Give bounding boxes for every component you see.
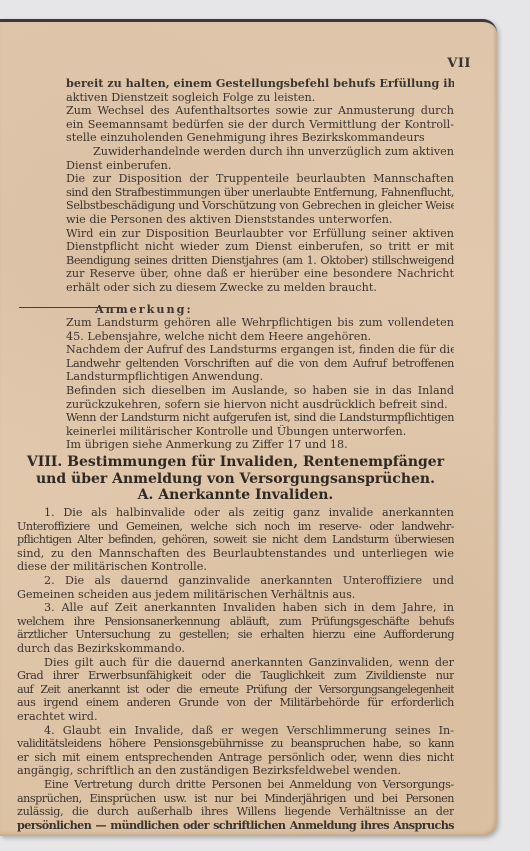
text-line: erhält oder sich zu diesem Zwecke zu mel… <box>66 281 454 295</box>
section-subheading: A. Anerkannte Invaliden. <box>17 487 454 504</box>
text-line: zurückzukehren, sofern sie hiervon nicht… <box>66 398 454 412</box>
remark-note: 1.Zum Landsturm gehören alle Wehrpflicht… <box>17 316 454 343</box>
continuation-text: bereit zu halten, einem Gestellungsbefeh… <box>17 77 454 104</box>
text-line: diese der militärischen Kontrolle. <box>17 560 454 574</box>
remark-note: 3.Befinden sich dieselben im Auslande, s… <box>17 384 454 411</box>
text-line: sind den Strafbestimmungen über unerlaub… <box>66 186 454 200</box>
text-line: wie die Personen des aktiven Dienststand… <box>66 213 454 227</box>
text-line: Grad ihrer Erwerbsunfähigkeit oder die T… <box>17 669 454 683</box>
page-number: VII <box>447 56 471 71</box>
text-line: ärztlicher Untersuchung zu gestellen; si… <box>17 628 454 642</box>
text-line: Unteroffiziere und Gemeinen, welche sich… <box>17 520 454 534</box>
text-line: persönlichen — mündlichen oder schriftli… <box>17 819 454 833</box>
text-line: auf Zeit anerkannt ist oder die erneute … <box>17 683 454 697</box>
section-viii: VIII. Bestimmungen für Invaliden, Renten… <box>17 454 454 832</box>
document-page: VII bereit zu halten, einem Gestellungsb… <box>0 19 497 836</box>
paragraph: 4. Glaubt ein Invalide, daß er wegen Ver… <box>17 724 454 778</box>
text-line: Dienst einberufen. <box>66 159 454 173</box>
text-line: Gemeinen scheiden aus jedem militärische… <box>17 588 454 602</box>
text-line: zulässig, die durch außerhalb ihres Will… <box>17 805 454 819</box>
list-item-c: c)Die zur Disposition der Truppenteile b… <box>17 172 454 226</box>
remark-note: 4.Wenn der Landsturm nicht aufgerufen is… <box>17 411 454 438</box>
text-line: aktiven Dienstzeit sogleich Folge zu lei… <box>66 91 454 105</box>
text-line: sind, zu den Mannschaften des Beurlaubte… <box>17 547 454 561</box>
text-line: bereit zu halten, einem Gestellungsbefeh… <box>66 77 454 91</box>
section-heading: VIII. Bestimmungen für Invaliden, Renten… <box>17 454 454 471</box>
text-line: pflichtigen Alter befinden, gehören, sow… <box>17 533 454 547</box>
text-line: Im übrigen siehe Anmerkung zu Ziffer 17 … <box>66 438 348 451</box>
text-line: Selbstbeschädigung und Vorschützung von … <box>66 199 454 213</box>
text-line: Befinden sich dieselben im Auslande, so … <box>66 384 454 397</box>
text-line: keinerlei militärischer Kontrolle und Üb… <box>66 425 454 439</box>
text-line: welchem ihre Pensionsanerkennung abläuft… <box>17 615 454 629</box>
text-line: ein Seemannsamt bedürfen sie der durch V… <box>66 118 454 132</box>
text-line: 1. Die als halbinvalide oder als zeitig … <box>17 506 454 520</box>
text-line: 2. Die als dauernd ganzinvalide anerkann… <box>17 574 454 588</box>
text-line: 3. Alle auf Zeit anerkannten Invaliden h… <box>17 601 454 615</box>
text-line: Zum Wechsel des Aufenthaltsortes sowie z… <box>66 104 454 117</box>
text-line: erachtet wird. <box>17 710 454 724</box>
text-line: Zuwiderhandelnde werden durch ihn unverz… <box>66 145 454 159</box>
list-item-d: d)Wird ein zur Disposition Beurlaubter v… <box>17 227 454 295</box>
paragraph: 1. Die als halbinvalide oder als zeitig … <box>17 504 454 574</box>
text-line: validitätsleidens höhere Pensionsgebührn… <box>17 737 454 751</box>
text-line: Wenn der Landsturm nicht aufgerufen ist,… <box>66 411 454 424</box>
section-heading: und über Anmeldung von Versorgungsansprü… <box>17 471 454 488</box>
text-line: 45. Lebensjahre, welche nicht dem Heere … <box>66 330 454 344</box>
remark-note: 5.Im übrigen siehe Anmerkung zu Ziffer 1… <box>17 438 454 452</box>
page-content: bereit zu halten, einem Gestellungsbefeh… <box>17 77 454 832</box>
text-line: Nachdem der Aufruf des Landsturms ergang… <box>66 343 454 356</box>
remark-title: Anmerkung: <box>17 303 454 317</box>
text-line: Eine Vertretung durch dritte Personen be… <box>17 778 454 792</box>
text-line: Beendigung seines dritten Dienstjahres (… <box>66 254 454 268</box>
text-line: durch das Bezirkskommando. <box>17 642 454 656</box>
text-line: Landwehr geltenden Vorschriften auf die … <box>66 357 454 371</box>
text-line: ansprüchen, Einsprüchen usw. ist nur bei… <box>17 792 454 806</box>
text-line: Die zur Disposition der Truppenteile beu… <box>66 172 454 185</box>
text-line: angängig, schriftlich an den zuständigen… <box>17 764 454 778</box>
paragraph: Eine Vertretung durch dritte Personen be… <box>17 778 454 832</box>
text-line: Wird ein zur Disposition Beurlaubter vor… <box>66 227 454 240</box>
list-item-b: b)Zum Wechsel des Aufenthaltsortes sowie… <box>17 104 454 172</box>
text-line: zur Reserve über, ohne daß er hierüber e… <box>66 267 454 281</box>
text-line: stelle einzuholenden Genehmigung ihres B… <box>66 131 454 145</box>
text-line: Landsturmpflichtigen Anwendung. <box>66 370 454 384</box>
text-line: Zum Landsturm gehören alle Wehrpflichtig… <box>66 316 454 329</box>
remark-block: Anmerkung: 1.Zum Landsturm gehören alle … <box>17 303 454 453</box>
text-line: Dies gilt auch für die dauernd anerkannt… <box>17 656 454 670</box>
paragraph: Dies gilt auch für die dauernd anerkannt… <box>17 656 454 724</box>
paragraph: 2. Die als dauernd ganzinvalide anerkann… <box>17 574 454 601</box>
text-line: er sich mit einem entsprechenden Antrage… <box>17 751 454 765</box>
paragraph: 3. Alle auf Zeit anerkannten Invaliden h… <box>17 601 454 655</box>
remark-note: 2.Nachdem der Aufruf des Landsturms erga… <box>17 343 454 384</box>
text-line: aus irgend einem anderen Grunde von der … <box>17 696 454 710</box>
text-line: Dienstpflicht nicht wieder zum Dienst ei… <box>66 240 454 254</box>
remark-divider <box>19 307 121 308</box>
text-line: 4. Glaubt ein Invalide, daß er wegen Ver… <box>17 724 454 738</box>
